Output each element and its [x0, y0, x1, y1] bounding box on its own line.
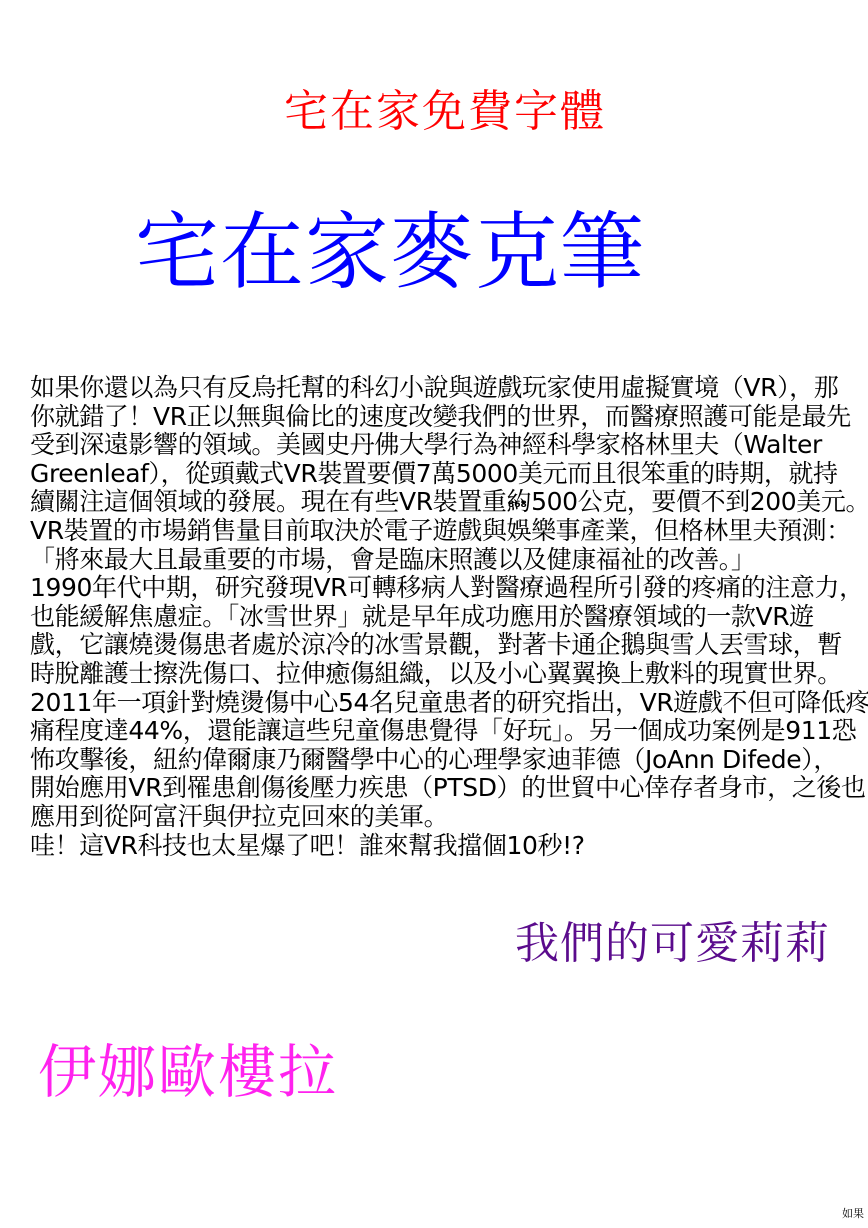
- paragraph-line: 應用到從阿富汗與伊拉克回來的美軍。: [30, 803, 830, 832]
- paragraph-line: 受到深遠影響的領域。美國史丹佛大學行為神經科學家格林里夫（Walter: [30, 431, 830, 460]
- paragraph-line: 時脫離護士擦洗傷口、拉伸癒傷組織，以及小心翼翼換上敷料的現實世界。: [30, 660, 830, 689]
- font-sample-title-purple: 我們的可愛莉莉: [515, 922, 830, 966]
- font-sample-title-magenta: 伊娜歐樓拉: [38, 1043, 338, 1101]
- paragraph-line: 怖攻擊後，紐約偉爾康乃爾醫學中心的心理學家迪菲德（JoAnn Difede），: [30, 746, 830, 775]
- sample-paragraph: 如果你還以為只有反烏托幫的科幻小說與遊戲玩家使用虛擬實境（VR），那 你就錯了！…: [30, 374, 830, 860]
- paragraph-line: 痛程度達44%，還能讓這些兒童傷患覺得「好玩」。另一個成功案例是911恐: [30, 717, 830, 746]
- paragraph-line: 2011年一項針對燒燙傷中心54名兒童患者的研究指出，VR遊戲不但可降低疼: [30, 689, 830, 718]
- paragraph-line: 1990年代中期，研究發現VR可轉移病人對醫療過程所引發的疼痛的注意力，: [30, 574, 830, 603]
- paragraph-line: 開始應用VR到罹患創傷後壓力疾患（PTSD）的世貿中心倖存者身市，之後也: [30, 774, 830, 803]
- paragraph-line: VR裝置的市場銷售量目前取決於電子遊戲與娛樂事產業，但格林里夫預測：: [30, 517, 830, 546]
- paragraph-line: 你就錯了！VR正以無與倫比的速度改變我們的世界，而醫療照護可能是最先: [30, 403, 830, 432]
- paragraph-line: 也能緩解焦慮症。「冰雪世界」就是早年成功應用於醫療領域的一款VR遊: [30, 603, 830, 632]
- paragraph-line: 如果你還以為只有反烏托幫的科幻小說與遊戲玩家使用虛擬實境（VR），那: [30, 374, 830, 403]
- paragraph-line: Greenleaf），從頭戴式VR裝置要價7萬5000美元而且很笨重的時期，就持: [30, 460, 830, 489]
- corner-text-fragment: 如果: [842, 1208, 864, 1220]
- font-sample-title-red: 宅在家免費字體: [284, 90, 606, 134]
- paragraph-line: 哇！這VR科技也太星爆了吧！誰來幫我擋個10秒!?: [30, 832, 830, 861]
- paragraph-line: 戲，它讓燒燙傷患者處於涼冷的冰雪景觀，對著卡通企鵝與雪人丟雪球，暫: [30, 631, 830, 660]
- overlay-watermark-number: 868: [508, 500, 527, 510]
- paragraph-line: 「將來最大且最重要的市場，會是臨床照護以及健康福祉的改善。」: [30, 546, 830, 575]
- font-name-title-blue: 宅在家麥克筆: [135, 210, 645, 294]
- paragraph-line: 續關注這個領域的發展。現在有些VR裝置重約500公克，要價不到200美元。: [30, 488, 830, 517]
